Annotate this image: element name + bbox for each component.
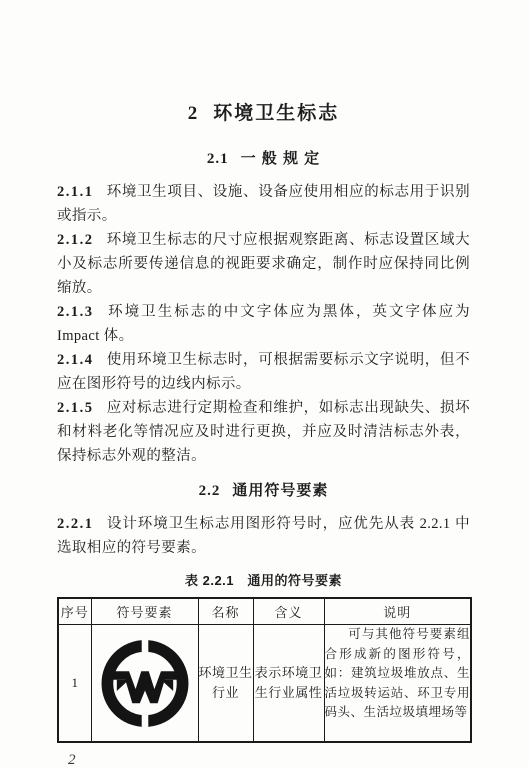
- col-header-name: 名称: [198, 598, 253, 625]
- section-heading-symbols: 2.2通用符号要素: [57, 480, 470, 502]
- clause-2-1-4: 2.1.4使用环境卫生标志时，可根据需要标示文字说明，但不应在图形符号的边线内标…: [57, 348, 470, 396]
- clause-text: 应对标志进行定期检查和维护，如标志出现缺失、损坏和材料老化等情况应及时进行更换，…: [57, 400, 470, 464]
- clause-2-1-3: 2.1.3环境卫生标志的中文字体应为黑体，英文字体应为 Impact 体。: [57, 300, 470, 348]
- symbol-elements-table: 序号 符号要素 名称 含义 说明 1: [57, 597, 472, 743]
- clause-text: 设计环境卫生标志用图形符号时，应优先从表 2.2.1 中选取相应的符号要素。: [57, 516, 470, 556]
- row-meaning: 表示环境卫 生行业属性: [253, 625, 324, 743]
- row-note: 可与其他符号要素组合形成新的图形符号，如：建筑垃圾堆放点、生活垃圾转运站、环卫专…: [324, 625, 471, 743]
- clause-number: 2.1.4: [57, 352, 94, 368]
- chapter-number: 2: [188, 103, 198, 124]
- clause-number: 2.1.3: [57, 304, 94, 320]
- table-caption: 表 2.2.1 通用的符号要素: [57, 572, 470, 590]
- clause-text: 环境卫生项目、设施、设备应使用相应的标志用于识别或指示。: [57, 184, 470, 224]
- page-number: 2: [68, 752, 470, 767]
- clause-number: 2.1.5: [57, 400, 94, 416]
- clause-number: 2.1.1: [57, 184, 94, 200]
- clause-number: 2.2.1: [57, 516, 94, 532]
- row-index: 1: [58, 625, 91, 743]
- col-header-meaning: 含义: [253, 598, 324, 625]
- clause-2-1-5: 2.1.5应对标志进行定期检查和维护，如标志出现缺失、损坏和材料老化等情况应及时…: [57, 396, 470, 468]
- row-name: 环境卫生 行业: [198, 625, 253, 743]
- clause-2-1-2: 2.1.2环境卫生标志的尺寸应根据观察距离、标志设置区域大小及标志所要传递信息的…: [57, 228, 470, 300]
- section-title: 一 般 规 定: [241, 150, 321, 167]
- clause-2-2-1: 2.2.1设计环境卫生标志用图形符号时，应优先从表 2.2.1 中选取相应的符号…: [57, 512, 470, 560]
- clause-text: 环境卫生标志的尺寸应根据观察距离、标志设置区域大小及标志所要传递信息的视距要求确…: [57, 232, 470, 296]
- col-header-symbol: 符号要素: [91, 598, 198, 625]
- clause-text: 使用环境卫生标志时，可根据需要标示文字说明，但不应在图形符号的边线内标示。: [57, 352, 470, 392]
- row-symbol-cell: [91, 625, 198, 743]
- clause-2-1-1: 2.1.1环境卫生项目、设施、设备应使用相应的标志用于识别或指示。: [57, 180, 470, 228]
- chapter-title: 环境卫生标志: [213, 103, 339, 124]
- chapter-heading: 2环境卫生标志: [57, 100, 470, 128]
- table-row: 1 环境卫生 行业 表示环境卫 生行业属性: [58, 625, 471, 743]
- document-page: 2环境卫生标志 2.1一 般 规 定 2.1.1环境卫生项目、设施、设备应使用相…: [0, 0, 529, 767]
- sanitation-industry-logo-icon: [98, 634, 192, 733]
- table-header-row: 序号 符号要素 名称 含义 说明: [58, 598, 471, 625]
- section-heading-general: 2.1一 般 规 定: [57, 148, 470, 170]
- section-title: 通用符号要素: [232, 482, 328, 499]
- section-number: 2.2: [199, 483, 221, 499]
- page-content: 2环境卫生标志 2.1一 般 规 定 2.1.1环境卫生项目、设施、设备应使用相…: [57, 100, 470, 767]
- clause-text: 环境卫生标志的中文字体应为黑体，英文字体应为 Impact 体。: [57, 304, 470, 344]
- col-header-note: 说明: [324, 598, 471, 625]
- col-header-index: 序号: [58, 598, 91, 625]
- clause-number: 2.1.2: [57, 232, 94, 248]
- section-number: 2.1: [207, 151, 229, 167]
